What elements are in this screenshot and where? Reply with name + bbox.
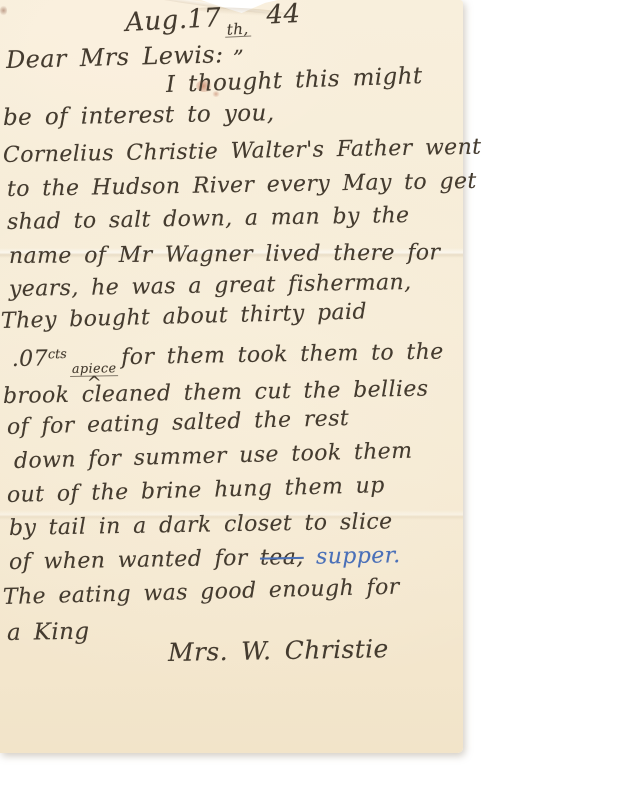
- letter-body: Aug.17th,„ 44Dear Mrs Lewis:I thought th…: [0, 0, 463, 753]
- text-run: 44: [252, 0, 301, 31]
- text-run: to the Hudson River every May to get: [7, 169, 477, 202]
- letter-line-10: brook cleaned them cut the bellies: [3, 379, 429, 408]
- letter-line-13: out of the brine hung them up: [7, 475, 385, 507]
- text-run: of for eating salted the rest: [7, 406, 350, 440]
- text-run: out of the brine hung them up: [7, 473, 385, 508]
- letter-line-7: years, he was a great fisherman,: [9, 272, 412, 301]
- letter-line-14: by tail in a dark closet to slice: [9, 511, 393, 540]
- struck-word: tea,: [260, 545, 304, 571]
- text-run: Mrs. W. Christie: [168, 634, 389, 667]
- letter-line-8: They bought about thirty paid: [1, 301, 368, 333]
- letter-line-5: shad to salt down, a man by the: [7, 205, 410, 234]
- text-run: The eating was good enough for: [3, 575, 400, 610]
- salutation-line: Dear Mrs Lewis:: [6, 42, 224, 72]
- letter-line-6: name of Mr Wagner lived there for: [9, 242, 441, 268]
- text-run: They bought about thirty paid: [1, 299, 368, 334]
- insertion-caret: „: [232, 37, 244, 55]
- text-run: name of Mr Wagner lived there for: [9, 240, 441, 269]
- scan-background: Aug.17th,„ 44Dear Mrs Lewis:I thought th…: [0, 0, 618, 800]
- text-run: by tail in a dark closet to slice: [9, 509, 393, 541]
- letter-line-16: The eating was good enough for: [3, 577, 400, 609]
- letter-line-1: I thought this might: [166, 65, 423, 97]
- letter-line-17: a King: [7, 621, 90, 645]
- superscript-text: cts: [48, 347, 67, 362]
- blue-ink-word: supper.: [303, 543, 400, 570]
- text-run: Cornelius Christie Walter's Father went: [3, 135, 482, 168]
- letter-line-12: down for summer use took them: [14, 441, 413, 473]
- text-run: down for summer use took them: [14, 439, 413, 474]
- letter-line-2: be of interest to you,: [3, 102, 275, 130]
- inline-insertion: th,„: [224, 23, 251, 56]
- letter-line-4: to the Hudson River every May to get: [7, 171, 477, 201]
- text-run: shad to salt down, a man by the: [7, 203, 410, 235]
- text-run: for them took them to the: [121, 339, 444, 370]
- letter-line-3: Cornelius Christie Walter's Father went: [3, 137, 482, 167]
- signature-line: Mrs. W. Christie: [168, 636, 389, 665]
- text-run: of when wanted for: [9, 546, 261, 575]
- letter-paper: Aug.17th,„ 44Dear Mrs Lewis:I thought th…: [0, 0, 463, 753]
- text-run: .07: [12, 346, 49, 372]
- letter-line-11: of for eating salted the rest: [7, 408, 350, 439]
- text-run: years, he was a great fisherman,: [9, 270, 412, 302]
- text-run: Dear Mrs Lewis:: [6, 40, 224, 74]
- text-run: a King: [7, 619, 90, 646]
- text-run: be of interest to you,: [3, 100, 275, 131]
- text-run: Aug.17: [125, 3, 222, 38]
- letter-line-15: of when wanted for tea, supper.: [9, 545, 401, 574]
